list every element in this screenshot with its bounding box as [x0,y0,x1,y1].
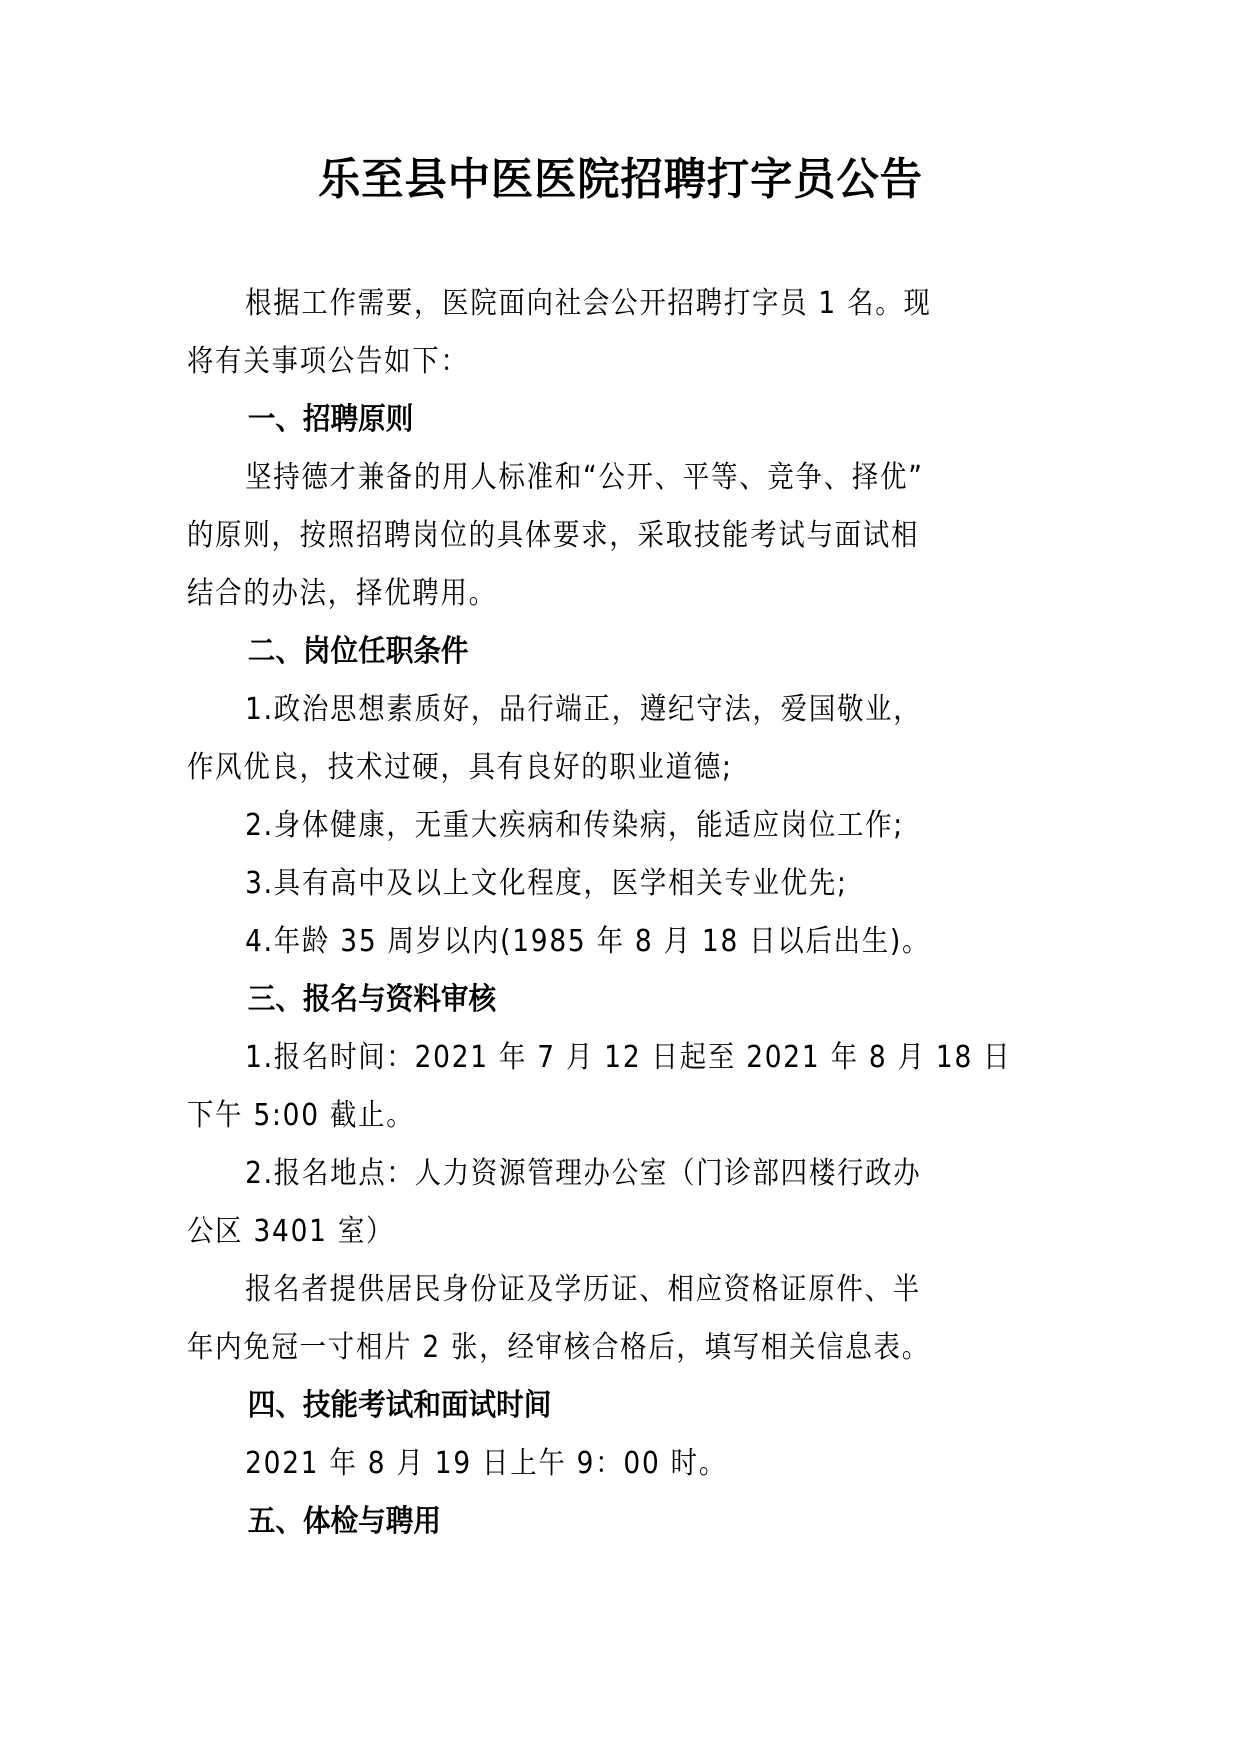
registration-location-line-2: 公区 3401 室） [187,1203,949,1261]
requirement-3: 3.具有高中及以上文化程度，医学相关专业优先; [187,855,949,913]
intro-paragraph-line-1: 根据工作需要，医院面向社会公开招聘打字员 1 名。现 [187,275,949,333]
principles-paragraph-line-2: 的原则，按照招聘岗位的具体要求，采取技能考试与面试相 [187,507,949,565]
registration-documents-line-1: 报名者提供居民身份证及学历证、相应资格证原件、半 [187,1261,949,1319]
registration-time-line-1: 1.报名时间：2021 年 7 月 12 日起至 2021 年 8 月 18 日 [187,1029,949,1087]
exam-time-text: 2021 年 8 月 19 日上午 9：00 时。 [187,1435,949,1493]
registration-time-line-2: 下午 5:00 截止。 [187,1087,949,1145]
intro-paragraph-line-2: 将有关事项公告如下： [187,333,949,391]
requirement-2: 2.身体健康，无重大疾病和传染病，能适应岗位工作; [187,797,949,855]
section-heading-registration: 三、报名与资料审核 [187,971,984,1029]
requirement-1-line-2: 作风优良，技术过硬，具有良好的职业道德; [187,739,949,797]
document-title: 乐至县中医医院招聘打字员公告 [25,150,1216,210]
registration-location-line-1: 2.报名地点：人力资源管理办公室（门诊部四楼行政办 [187,1145,949,1203]
principles-paragraph-line-1: 坚持德才兼备的用人标准和“公开、平等、竞争、择优” [187,449,949,507]
section-heading-medical-exam: 五、体检与聘用 [187,1493,984,1551]
document-page: 乐至县中医医院招聘打字员公告 根据工作需要，医院面向社会公开招聘打字员 1 名。… [0,0,1241,1754]
section-heading-exam-time: 四、技能考试和面试时间 [187,1377,984,1435]
document-body: 根据工作需要，医院面向社会公开招聘打字员 1 名。现 将有关事项公告如下： 一、… [187,275,1053,1551]
requirement-1-line-1: 1.政治思想素质好，品行端正，遵纪守法，爱国敬业， [187,681,949,739]
requirement-4: 4.年龄 35 周岁以内(1985 年 8 月 18 日以后出生)。 [187,913,949,971]
section-heading-requirements: 二、岗位任职条件 [187,623,984,681]
section-heading-principles: 一、招聘原则 [187,391,984,449]
registration-documents-line-2: 年内免冠一寸相片 2 张，经审核合格后，填写相关信息表。 [187,1319,949,1377]
principles-paragraph-line-3: 结合的办法，择优聘用。 [187,565,949,623]
